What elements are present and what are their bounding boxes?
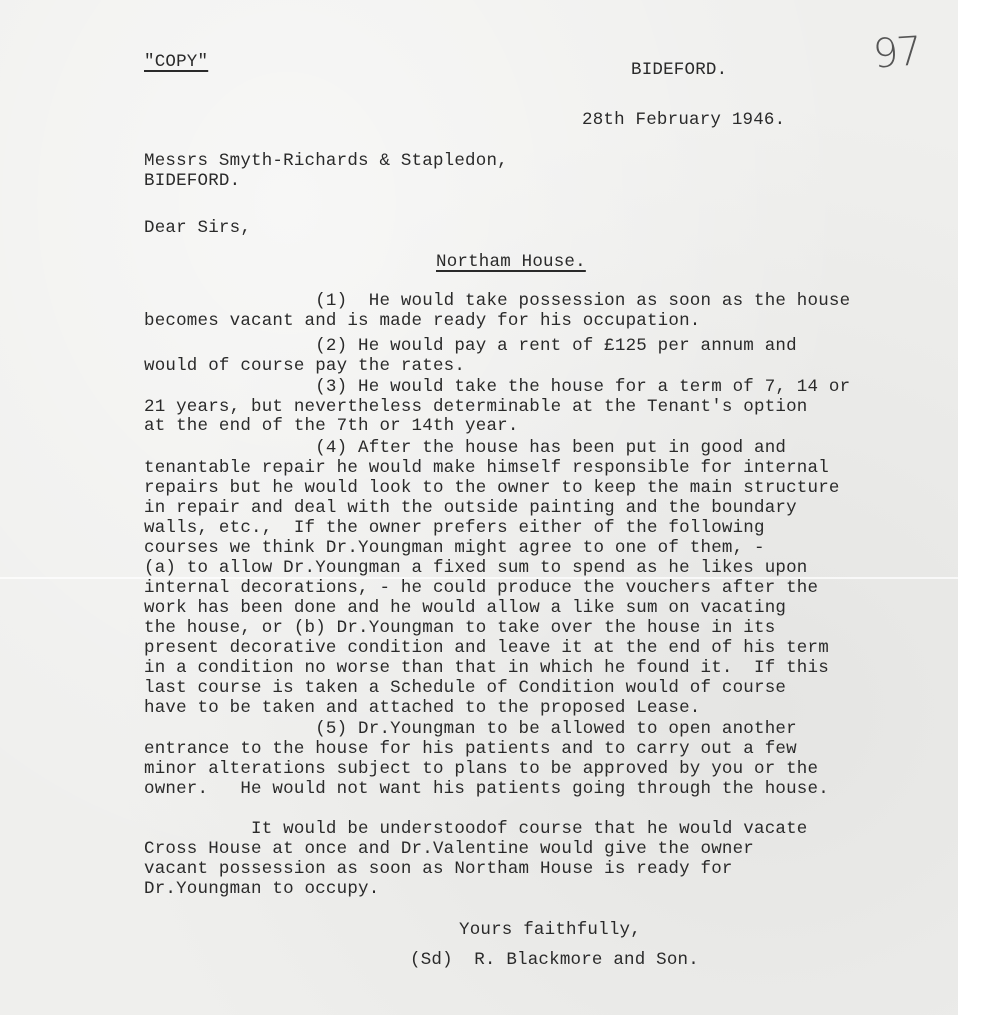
recipient-name: Messrs Smyth-Richards & Stapledon, [144, 151, 508, 171]
handwritten-page-number: 97 [871, 28, 921, 77]
complimentary-close: Yours faithfully, [459, 920, 641, 940]
recipient-town: BIDEFORD. [144, 171, 240, 191]
body-line: the house, or (b) Dr.Youngman to take ov… [144, 618, 775, 638]
body-line: owner. He would not want his patients go… [144, 779, 829, 799]
subject-heading: Northam House. [436, 252, 586, 272]
body-line: (2) He would pay a rent of £125 per annu… [144, 336, 797, 356]
letter-page: 97 "COPY" BIDEFORD. 28th February 1946. … [0, 0, 958, 1015]
body-line: walls, etc., If the owner prefers either… [144, 518, 765, 538]
signature: (Sd) R. Blackmore and Son. [410, 950, 699, 970]
body-line: minor alterations subject to plans to be… [144, 759, 818, 779]
closing-line: vacant possession as soon as Northam Hou… [144, 859, 733, 879]
body-line: entrance to the house for his patients a… [144, 739, 797, 759]
salutation: Dear Sirs, [144, 218, 251, 238]
body-line: present decorative condition and leave i… [144, 638, 829, 658]
body-line: in repair and deal with the outside pain… [144, 498, 797, 518]
body-line: last course is taken a Schedule of Condi… [144, 678, 786, 698]
body-line: 21 years, but nevertheless determinable … [144, 397, 808, 417]
body-line: (a) to allow Dr.Youngman a fixed sum to … [144, 558, 808, 578]
body-line: work has been done and he would allow a … [144, 598, 786, 618]
body-line: (1) He would take possession as soon as … [144, 291, 850, 311]
copy-label: "COPY" [144, 52, 208, 72]
body-line: (4) After the house has been put in good… [144, 438, 786, 458]
body-line: in a condition no worse than that in whi… [144, 658, 829, 678]
body-line: repairs but he would look to the owner t… [144, 478, 840, 498]
closing-line: It would be understoodof course that he … [144, 819, 808, 839]
body-line: at the end of the 7th or 14th year. [144, 416, 519, 436]
body-line: would of course pay the rates. [144, 356, 465, 376]
body-line: tenantable repair he would make himself … [144, 458, 829, 478]
body-line: (3) He would take the house for a term o… [144, 377, 850, 397]
letter-date: 28th February 1946. [582, 110, 785, 130]
body-line: have to be taken and attached to the pro… [144, 698, 701, 718]
body-line: internal decorations, - he could produce… [144, 578, 818, 598]
closing-line: Dr.Youngman to occupy. [144, 879, 379, 899]
body-line: (5) Dr.Youngman to be allowed to open an… [144, 719, 797, 739]
body-line: becomes vacant and is made ready for his… [144, 311, 701, 331]
body-line: courses we think Dr.Youngman might agree… [144, 538, 765, 558]
sender-place: BIDEFORD. [631, 60, 727, 80]
closing-line: Cross House at once and Dr.Valentine wou… [144, 839, 754, 859]
